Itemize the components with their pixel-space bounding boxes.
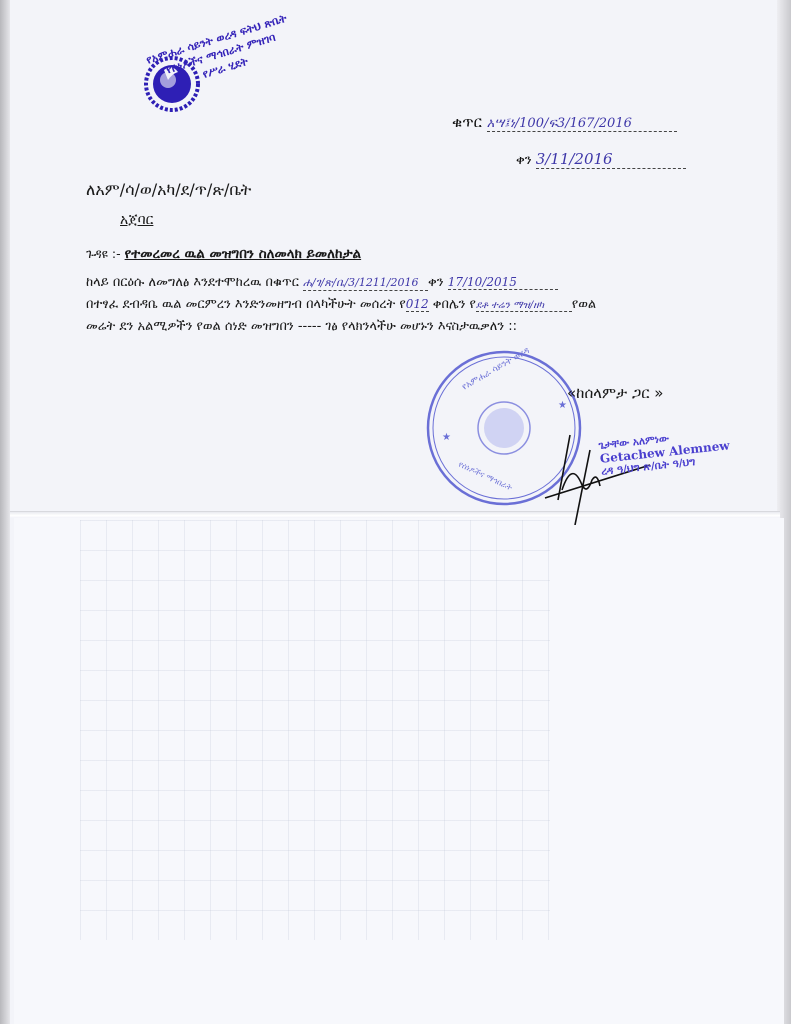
body-text: ቀበሌን የ xyxy=(433,297,476,312)
date-row: ቀን 3/11/2016 xyxy=(516,150,686,169)
svg-text:የአምሐራ ሳይንት ወረዳ: የአምሐራ ሳይንት ወረዳ xyxy=(461,348,532,393)
ref-value: አሣ፤ነ/100/ፍ3/167/2016 xyxy=(487,116,677,132)
paper-fold-line xyxy=(10,512,780,518)
bleed-through-table xyxy=(80,520,550,940)
handwritten-count: 012 xyxy=(406,297,429,312)
svg-text:★: ★ xyxy=(442,432,451,443)
body-text: ከላይ በርዕሱ ለመግለፅ እንደተሞከረዉ በቁጥር xyxy=(86,275,299,290)
subject-text: የተመረመረ ዉል መዝግበን ስለመላክ ይመለከታል xyxy=(125,246,362,262)
handwritten-ref: ሐ/ገ/ጽ/ቤ/3/1211/2016 xyxy=(303,276,428,291)
svg-text:★: ★ xyxy=(558,400,567,411)
reference-number-row: ቁጥር አሣ፤ነ/100/ፍ3/167/2016 xyxy=(452,113,677,132)
subject-line: ጉዳዩ :- የተመረመረ ዉል መዝግበን ስለመላክ ይመለከታል xyxy=(86,246,361,262)
notice-heading: አጀባር xyxy=(120,212,153,228)
body-text: የወል xyxy=(572,297,596,312)
body-date-label: ቀን xyxy=(428,275,444,290)
scanner-edge-left xyxy=(0,0,10,1024)
closing-salutation: «ከሰላምታ ጋር » xyxy=(567,384,664,402)
body-line-3: መሬት ደን አልሚዎችን የወል ሰነድ መዝግበን ----- ገፅ የላክ… xyxy=(86,319,517,334)
handwritten-date: 17/10/2015 xyxy=(448,275,558,290)
body-text: በተፃፈ ደብዳቤ ዉል መርምረን እንድንመዘግብ በላካችሁት መሰረት … xyxy=(86,297,406,312)
date-value: 3/11/2016 xyxy=(536,150,686,169)
date-label: ቀን xyxy=(516,153,532,168)
body-line-2: በተፃፈ ደብዳቤ ዉል መርምረን እንድንመዘግብ በላካችሁት መሰረት … xyxy=(86,297,596,312)
handwritten-name: ደቶ ተሬን ማዝ/ዘካ xyxy=(476,300,572,312)
body-line-1: ከላይ በርዕሱ ለመግለፅ እንደተሞከረዉ በቁጥር ሐ/ገ/ጽ/ቤ/3/1… xyxy=(86,275,558,291)
subject-label: ጉዳዩ :- xyxy=(86,246,121,261)
ref-label: ቁጥር xyxy=(452,113,482,131)
recipient: ለአም/ሳ/ወ/አካ/ደ/ጥ/ጽ/ቤት xyxy=(86,180,251,200)
